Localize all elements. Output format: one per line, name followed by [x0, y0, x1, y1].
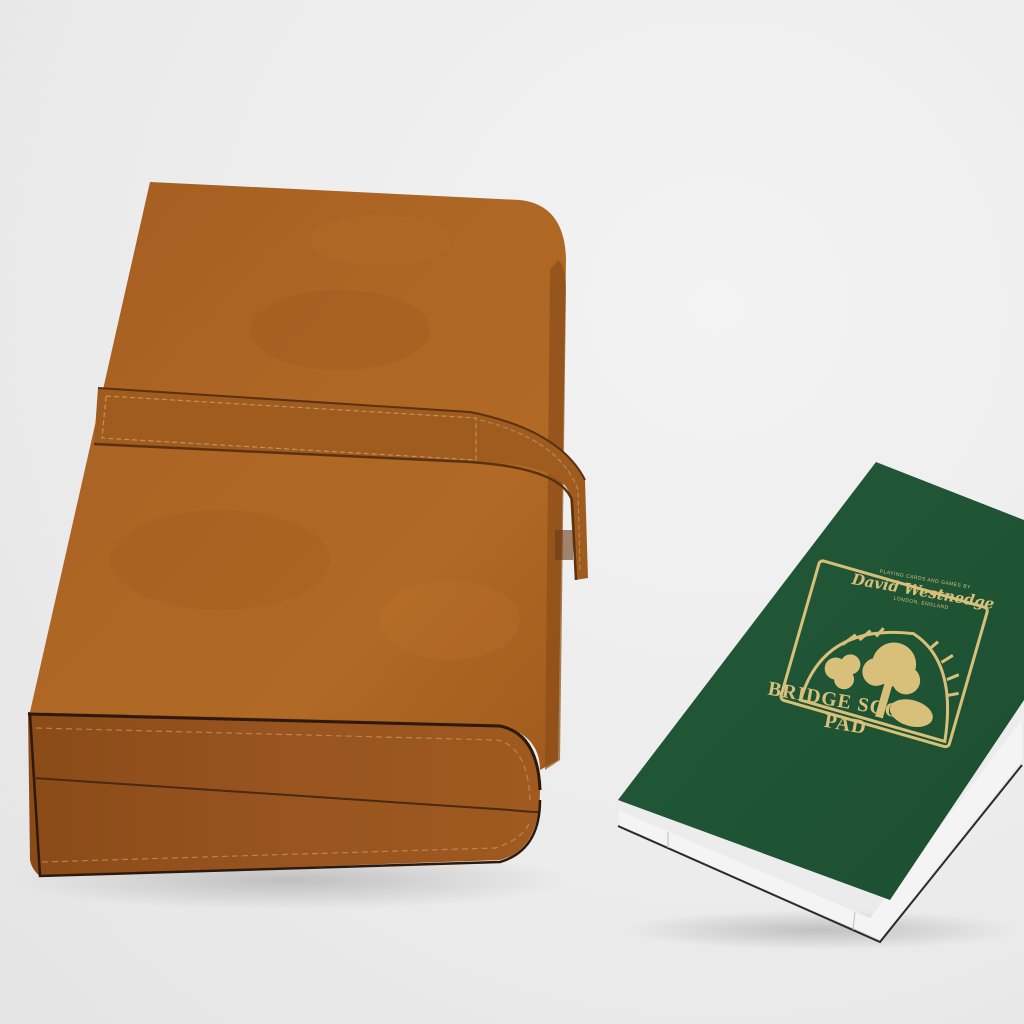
- leather-case: [28, 182, 588, 876]
- product-photo: PLAYING CARDS AND GAMES BY David Westned…: [0, 0, 1024, 1024]
- photo-canvas: [0, 0, 1024, 1024]
- bridge-score-pad: [618, 462, 1024, 942]
